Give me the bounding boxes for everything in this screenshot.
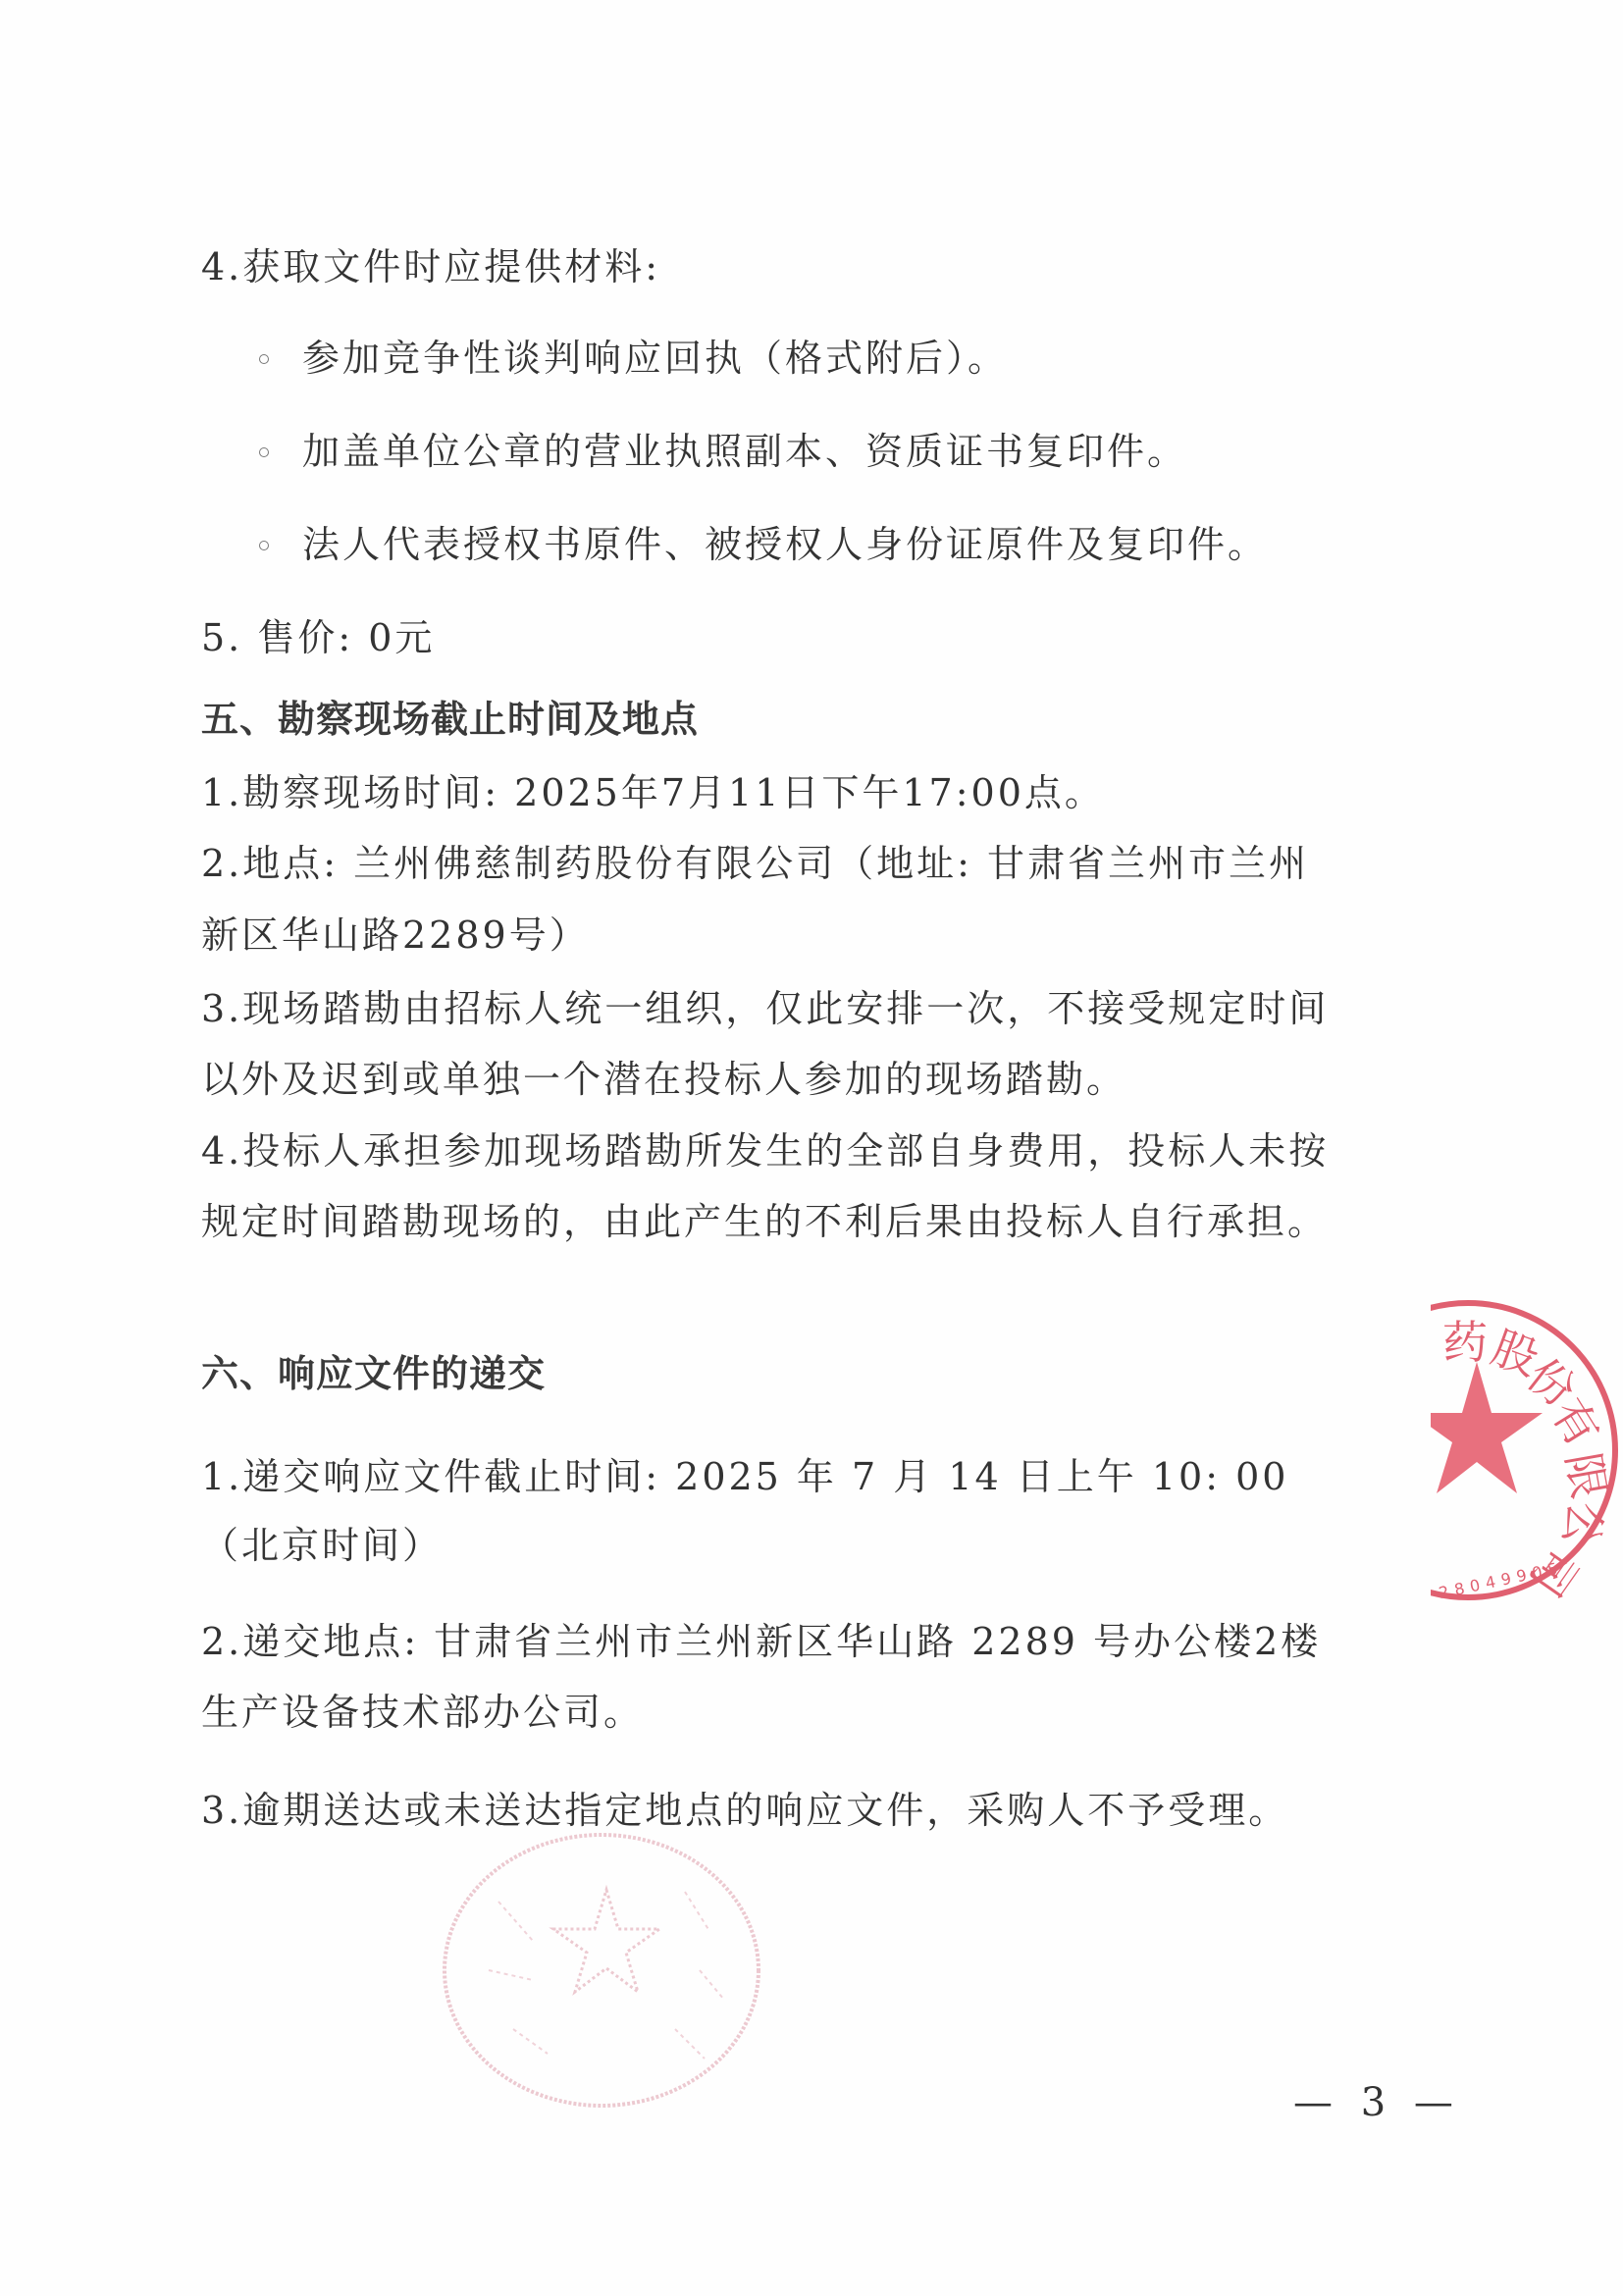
item-5-price: 5. 售价: 0元 (201, 616, 435, 659)
company-seal-icon: 药 股 份 有 限 公 司 28049905 (1315, 1297, 1621, 1603)
paragraph-line: 2.递交地点: 甘肃省兰州市兰州新区华山路 2289 号办公楼2楼 (201, 1620, 1321, 1663)
paragraph-line: （北京时间） (201, 1524, 443, 1567)
page-number: — 3 — (1293, 2080, 1461, 2125)
paragraph-line: 生产设备技术部办公司。 (201, 1691, 644, 1734)
bullet-circle-icon (259, 447, 269, 457)
paragraph-line: 4.投标人承担参加现场踏勘所发生的全部自身费用，投标人未按 (201, 1129, 1329, 1173)
paragraph-line: 1.递交响应文件截止时间: 2025 年 7 月 14 日上午 10: 00 (201, 1455, 1288, 1498)
bullet-item: 法人代表授权书原件、被授权人身份证原件及复印件。 (302, 523, 1268, 566)
svg-text:限: 限 (1556, 1449, 1616, 1503)
paragraph-line: 以外及迟到或单独一个潜在投标人参加的现场踏勘。 (201, 1058, 1126, 1101)
bullet-item: 参加竞争性谈判响应回执（格式附后）。 (302, 337, 1008, 380)
paragraph-line: 1.勘察现场时间: 2025年7月11日下午17:00点。 (201, 771, 1105, 814)
bullet-circle-icon (259, 354, 269, 364)
paragraph-line: 2.地点: 兰州佛慈制药股份有限公司（地址: 甘肃省兰州市兰州 (201, 842, 1309, 885)
bullet-circle-icon (259, 541, 269, 550)
paragraph-line: 3.现场踏勘由招标人统一组织，仅此安排一次，不接受规定时间 (201, 987, 1329, 1030)
item-4-title: 4.获取文件时应提供材料: (201, 245, 660, 288)
paragraph-line: 规定时间踏勘现场的，由此产生的不利后果由投标人自行承担。 (201, 1200, 1328, 1243)
document-page: 4.获取文件时应提供材料: 参加竞争性谈判响应回执（格式附后）。 加盖单位公章的… (0, 0, 1623, 2296)
paragraph-line: 新区华山路2289号） (201, 913, 590, 957)
faint-seal-icon (440, 1823, 763, 2117)
section-heading-submission: 六、响应文件的递交 (201, 1352, 546, 1395)
svg-text:公: 公 (1552, 1498, 1612, 1552)
bullet-item: 加盖单位公章的营业执照副本、资质证书复印件。 (302, 430, 1187, 473)
svg-text:药: 药 (1442, 1316, 1488, 1369)
section-heading-site-survey: 五、勘察现场截止时间及地点 (201, 698, 699, 741)
